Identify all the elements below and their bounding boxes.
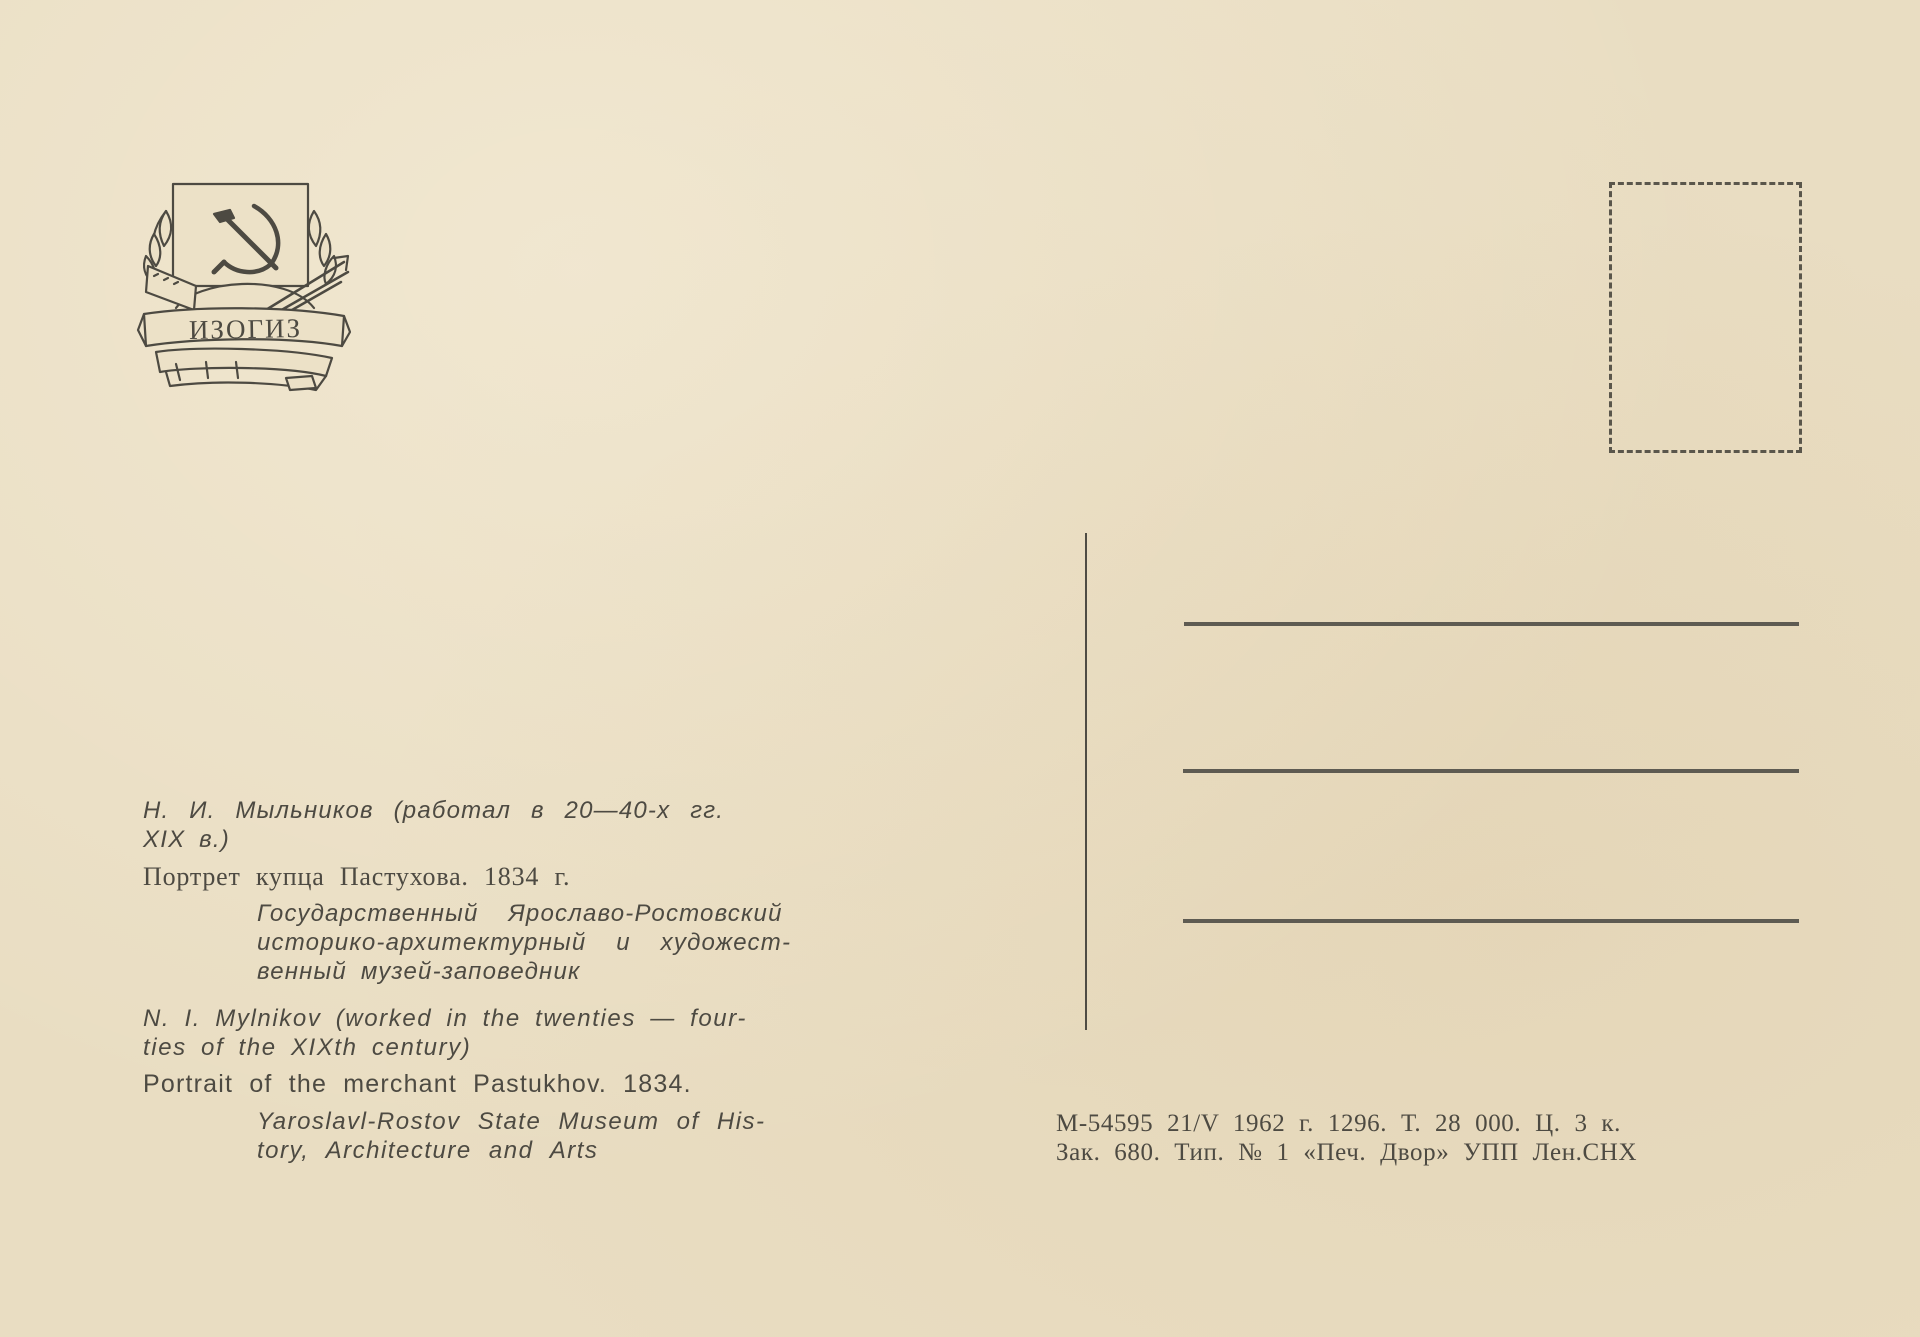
- izogiz-emblem-icon: [136, 176, 351, 401]
- artist-years-en: ties of the XIXth century): [143, 1033, 766, 1062]
- address-line-3: [1183, 919, 1799, 923]
- divider-line: [1085, 533, 1087, 1030]
- artwork-title-en: Portrait of the merchant Pastukhov. 1834…: [143, 1070, 766, 1099]
- publisher-logo: ИЗОГИЗ: [136, 176, 351, 401]
- artist-name-en: N. I. Mylnikov (worked in the twenties —…: [143, 1004, 766, 1033]
- address-line-2: [1183, 769, 1799, 773]
- imprint-line-2: Зак. 680. Тип. № 1 «Печ. Двор» УПП Лен.С…: [1056, 1138, 1637, 1167]
- caption-english: N. I. Mylnikov (worked in the twenties —…: [143, 1004, 766, 1165]
- museum-en-line2: tory, Architecture and Arts: [257, 1136, 766, 1165]
- imprint-line-1: М-54595 21/V 1962 г. 1296. Т. 28 000. Ц.…: [1056, 1109, 1637, 1138]
- stamp-placeholder-box: [1609, 182, 1802, 453]
- museum-en-line1: Yaroslavl-Rostov State Museum of His-: [257, 1107, 766, 1136]
- address-line-1: [1184, 622, 1799, 626]
- museum-ru-line3: венный музей-заповедник: [257, 957, 791, 986]
- artist-years-ru: XIX в.): [143, 825, 791, 854]
- logo-label: ИЗОГИЗ: [158, 312, 334, 346]
- artwork-title-ru: Портрет купца Пастухова. 1834 г.: [143, 862, 791, 891]
- museum-ru-line1: Государственный Ярославо-Ростовский: [257, 899, 791, 928]
- museum-ru-line2: историко-архитектурный и художест-: [257, 928, 791, 957]
- artist-name-ru: Н. И. Мыльников (работал в 20—40-х гг.: [143, 796, 791, 825]
- printer-imprint: М-54595 21/V 1962 г. 1296. Т. 28 000. Ц.…: [1056, 1109, 1637, 1167]
- caption-russian: Н. И. Мыльников (работал в 20—40-х гг. X…: [143, 796, 791, 986]
